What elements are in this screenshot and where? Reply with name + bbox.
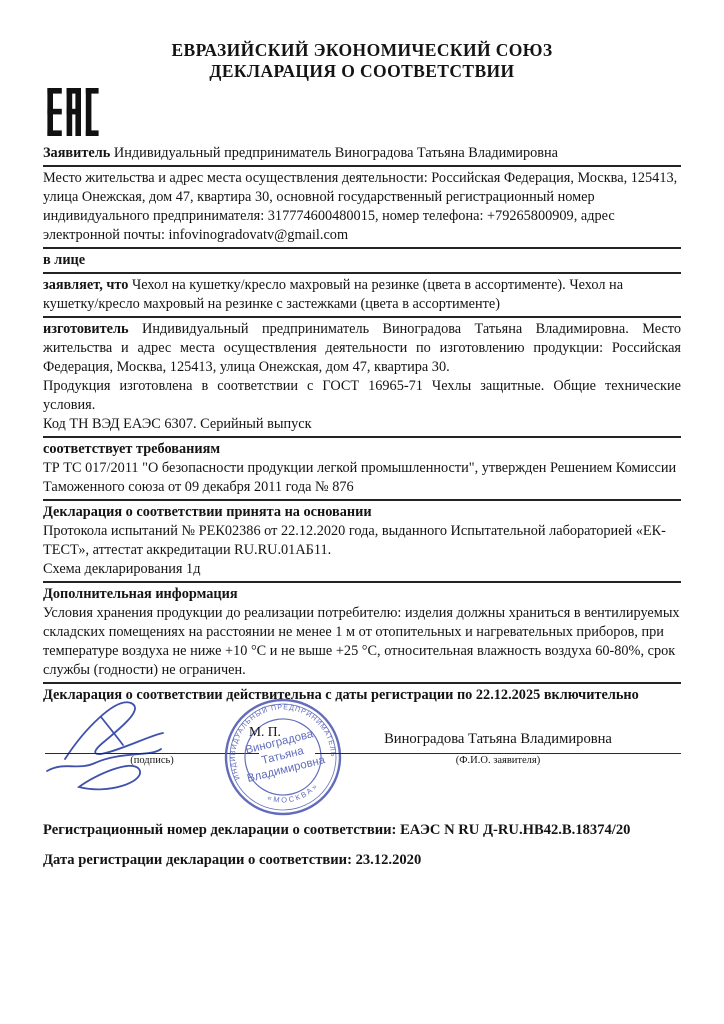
fio-caption: (Ф.И.О. заявителя) <box>315 755 681 766</box>
divider <box>43 499 681 501</box>
scheme-line: Схема декларирования 1д <box>43 560 681 579</box>
title-union: ЕВРАЗИЙСКИЙ ЭКОНОМИЧЕСКИЙ СОЮЗ <box>43 40 681 61</box>
divider <box>43 316 681 318</box>
title-declaration: ДЕКЛАРАЦИЯ О СООТВЕТСТВИИ <box>43 61 681 82</box>
mp-seal-label: М. П. <box>249 724 281 740</box>
declares-paragraph: заявляет, что Чехол на кушетку/кресло ма… <box>43 276 681 314</box>
eac-mark-icon <box>47 88 681 141</box>
manufacturer-value: Индивидуальный предприниматель Виноградо… <box>43 321 681 375</box>
requirements-text: ТР ТС 017/2011 "О безопасности продукции… <box>43 459 681 497</box>
additional-info-text: Условия хранения продукции до реализации… <box>43 604 681 680</box>
divider <box>43 247 681 249</box>
fio-line <box>315 753 681 754</box>
document-title: ЕВРАЗИЙСКИЙ ЭКОНОМИЧЕСКИЙ СОЮЗ ДЕКЛАРАЦИ… <box>43 40 681 83</box>
divider <box>43 581 681 583</box>
declares-value: Чехол на кушетку/кресло махровый на рези… <box>43 277 623 312</box>
declares-label: заявляет, что <box>43 277 128 293</box>
manufacturer-paragraph: изготовитель Индивидуальный предпринимат… <box>43 320 681 377</box>
registration-date-label: Дата регистрации декларации о соответств… <box>43 852 352 868</box>
requirements-heading: соответствует требованиям <box>43 440 681 459</box>
additional-info-heading: Дополнительная информация <box>43 585 681 604</box>
registration-date-line: Дата регистрации декларации о соответств… <box>43 851 681 870</box>
registration-number-value: ЕАЭС N RU Д-RU.НВ42.В.18374/20 <box>396 822 630 838</box>
address-paragraph: Место жительства и адрес места осуществл… <box>43 169 681 245</box>
applicant-label: Заявитель <box>43 145 110 161</box>
declaration-document: ЕВРАЗИЙСКИЙ ЭКОНОМИЧЕСКИЙ СОЮЗ ДЕКЛАРАЦИ… <box>0 0 724 1024</box>
applicant-value: Индивидуальный предприниматель Виноградо… <box>110 145 558 161</box>
basis-text: Протокола испытаний № РЕК02386 от 22.12.… <box>43 522 681 560</box>
in-person-heading: в лице <box>43 251 681 270</box>
manufacturer-label: изготовитель <box>43 321 129 337</box>
tnved-code-line: Код ТН ВЭД ЕАЭС 6307. Серийный выпуск <box>43 415 681 434</box>
applicant-line: Заявитель Индивидуальный предприниматель… <box>43 144 681 163</box>
registration-date-value: 23.12.2020 <box>352 852 421 868</box>
made-per-gost-line: Продукция изготовлена в соответствии с Г… <box>43 377 681 415</box>
registration-number-line: Регистрационный номер декларации о соотв… <box>43 821 681 840</box>
registration-number-label: Регистрационный номер декларации о соотв… <box>43 822 396 838</box>
applicant-fio: Виноградова Татьяна Владимировна <box>315 731 681 748</box>
signature-block: (подпись) ИНДИВИДУАЛЬНЫЙ ПРЕДПРИНИМАТЕЛЬ… <box>43 707 681 807</box>
divider <box>43 272 681 274</box>
divider <box>43 165 681 167</box>
divider <box>43 436 681 438</box>
basis-heading: Декларация о соответствии принята на осн… <box>43 503 681 522</box>
divider <box>43 682 681 684</box>
